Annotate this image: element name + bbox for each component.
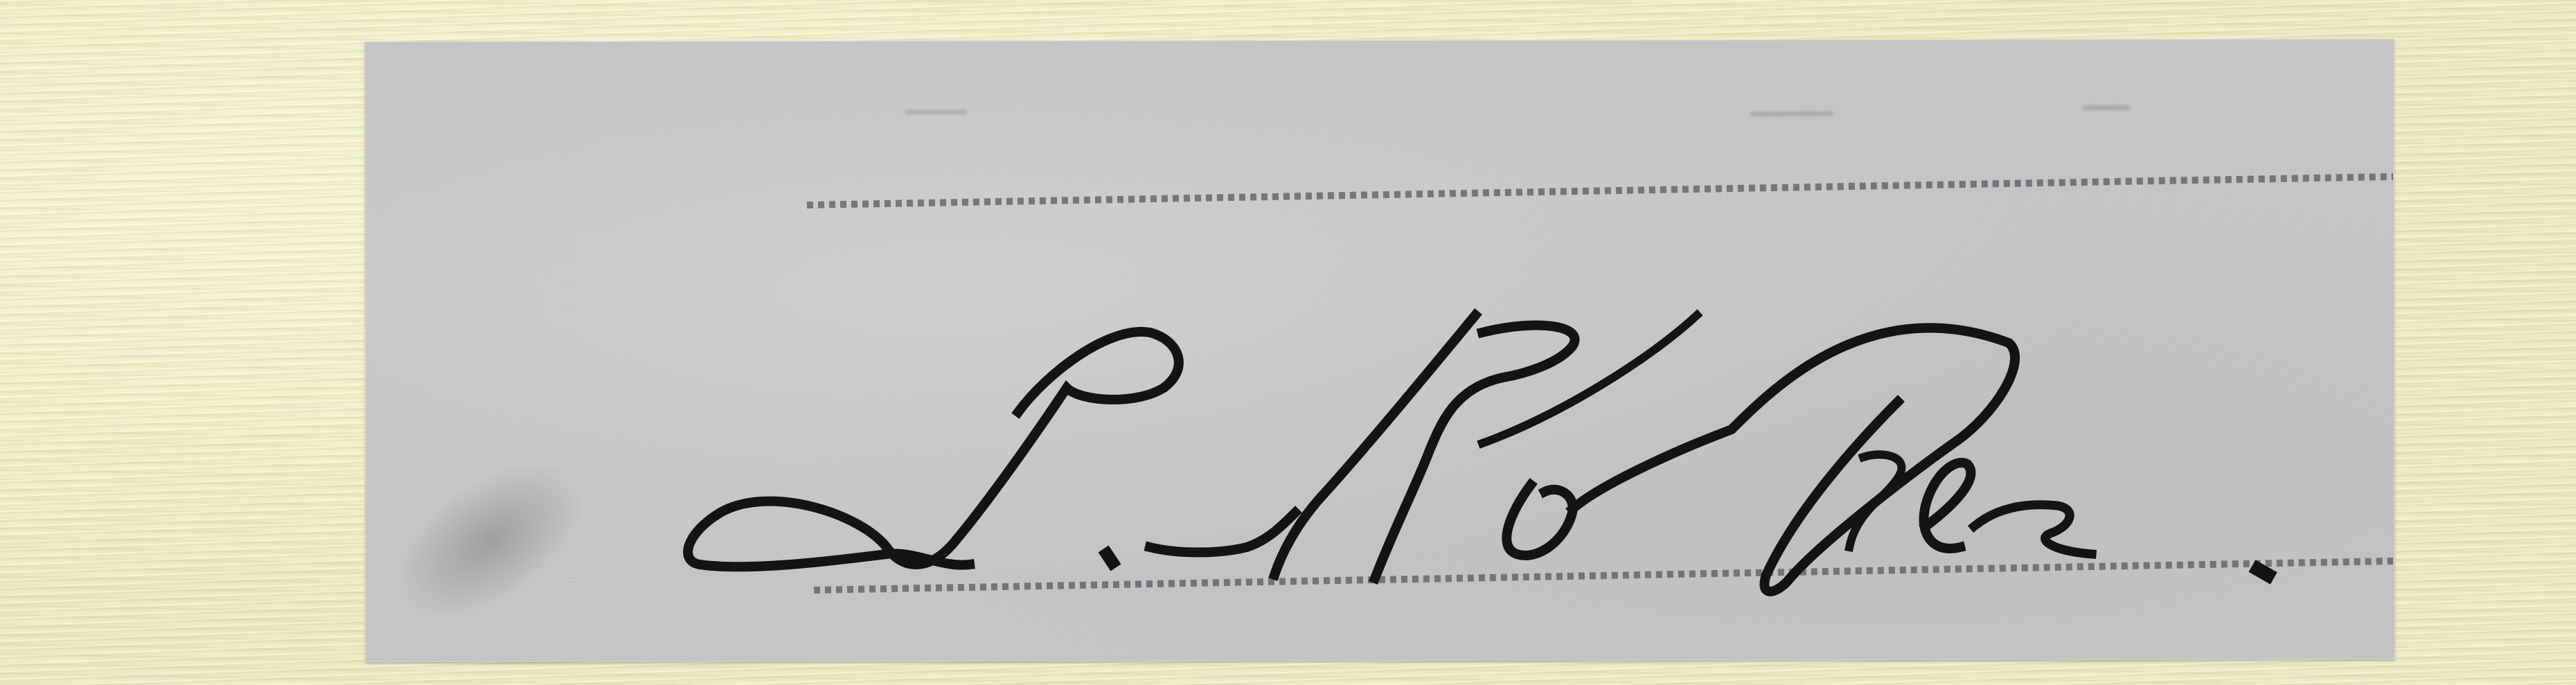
handwritten-signature [688,315,2268,591]
signature-overlay [0,0,2576,685]
